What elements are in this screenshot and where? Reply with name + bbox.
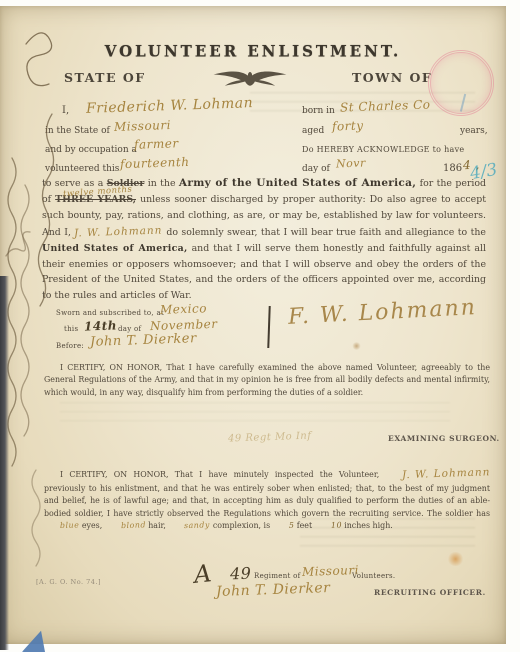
feet-label: feet [297,521,312,530]
i-label: I, [62,105,69,116]
regiment-number-handwriting: 49 [230,564,252,584]
state-of-label: STATE OF [64,70,146,85]
form-title: VOLUNTEER ENLISTMENT. [0,41,506,60]
volunteer-name-handwriting: Friederich W. Lohman [86,95,254,117]
company-letter-handwriting: A [193,559,214,589]
eagle-icon [208,66,292,94]
surgeon-note-handwriting: 49 Regt Mo Inf [228,431,312,445]
army-blackletter-text: Army of the United States of America, [179,177,416,189]
sworn-day-handwriting: 14th [84,318,117,333]
ink-stain [352,342,361,350]
complexion-handwriting: sandy [168,519,210,533]
scan-edge-shadow [0,276,9,650]
aged-label: aged [302,126,324,136]
years-label: years, [460,126,488,136]
hair-handwriting: blond [105,519,146,533]
state-handwriting: Missouri [114,118,171,134]
for-the-text: for the [420,178,452,189]
height-feet-handwriting: 5 [272,520,294,533]
hair-label: hair, [148,521,166,530]
regiment-state-handwriting: Missouri [302,563,359,579]
united-states-bold-text: United States of America, [42,243,188,254]
blue-paper-corner [22,628,50,652]
in-the-text: in the [148,178,176,189]
oath-text-1: solemnly swear, that I will bear true fa… [181,227,486,238]
born-in-label: born in [302,106,335,116]
enlistment-paragraph: to serve as a Soldier in the Army of the… [42,175,486,304]
recruiting-certificate-paragraph: I CERTIFY, ON HONOR, That I have minutel… [44,466,490,533]
recruiting-officer-label: RECRUITING OFFICER. [374,588,486,597]
blue-pencil-mark-handwriting: 4/3 [468,160,498,184]
acknowledge-text: Do HEREBY ACKNOWLEDGE to have [302,145,464,154]
sworn-place-handwriting: Mexico [160,301,207,317]
margin-docket-handwriting [0,6,60,646]
witness-signature-handwriting: John T. Dierker [90,331,197,350]
signature-divider [267,306,270,348]
occupation-handwriting: farmer [134,136,179,152]
recruiting-officer-signature-handwriting: John T. Dierker [216,580,331,600]
regiment-of-label: Regiment of [254,572,301,580]
bleedthrough-text-ghost [60,402,450,428]
year-printed: 186 [443,163,462,174]
sworn-line1-label: Sworn and subscribed to, at [56,309,164,317]
complexion-label: complexion, is [213,521,270,530]
inches-label: inches high. [344,521,393,530]
examining-surgeon-label: EXAMINING SURGEON. [388,434,500,443]
ink-stain [447,552,464,566]
enlist-day-handwriting: fourteenth [120,155,190,171]
enlist-month-handwriting: Novr [336,156,366,170]
term-of-service: THREE YEARS,twelve months [55,194,136,205]
recruit-volunteer-signature-handwriting: J. W. Lohmann [385,464,490,484]
recruit-cert-text-2: previously to his enlistment, and that h… [44,484,490,518]
do-text: do [166,227,178,238]
height-inches-handwriting: 10 [314,520,341,533]
before-label: Before: [56,342,84,350]
sworn-day-of-label: day of [118,325,141,333]
volunteers-label: Volunteers. [352,572,395,580]
surgeon-certificate-paragraph: I CERTIFY, ON HONOR, That I have careful… [44,362,490,399]
sworn-this-label: this [64,325,78,333]
oath-name-handwriting: J. W. Lohmann [74,222,163,242]
day-of-label: day of [302,164,330,174]
age-handwriting: forty [332,118,364,133]
document-paper: VOLUNTEER ENLISTMENT. STATE OF TOWN OF I… [0,6,506,644]
recruit-cert-text-1: I CERTIFY, ON HONOR, That I have minutel… [60,470,379,479]
town-of-label: TOWN OF [352,70,432,85]
eyes-label: eyes, [82,521,102,530]
